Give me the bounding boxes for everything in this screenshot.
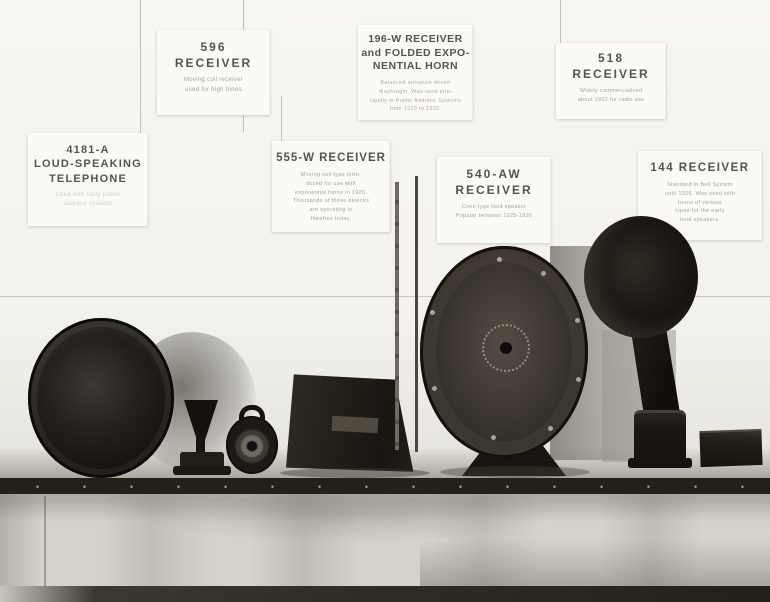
- horn-cabinet-shadow: [280, 468, 430, 478]
- rivet-dot: [575, 318, 580, 323]
- rivet-dot: [576, 377, 581, 382]
- card-caption: Used with early public address systems: [28, 191, 148, 210]
- card-caption: Widely commercialized about 1922 for rad…: [556, 87, 666, 105]
- hanging-wire: [560, 0, 561, 44]
- card-caption: Balanced armature driven diaphragm. Was …: [358, 79, 473, 114]
- card-title: 518 RECEIVER: [556, 51, 666, 82]
- horn-speaker-bell: [584, 216, 698, 338]
- card-caption: Cone type loud speaker Popular between 1…: [437, 203, 551, 221]
- round-receiver-unit: [226, 416, 278, 474]
- speaker-hub: [500, 342, 512, 354]
- rivet-dot: [491, 435, 496, 440]
- small-receiver-box: [699, 429, 762, 467]
- hanging-wire: [281, 96, 282, 142]
- rivet-dot: [497, 257, 502, 262]
- trumpet-horn-foot: [173, 466, 231, 475]
- museum-display-photograph: 596 RECEIVER Moving coil receiver used f…: [0, 0, 770, 602]
- rivet-dot: [548, 426, 553, 431]
- floor-shadow-strip: [0, 586, 770, 602]
- display-rod: [415, 176, 418, 452]
- rivet-dot: [432, 386, 437, 391]
- table-front-edge-band: [0, 478, 770, 494]
- card-title: 555-W RECEIVER: [272, 151, 390, 166]
- cloth-shadow: [420, 540, 770, 588]
- hanging-wire: [140, 0, 141, 140]
- rivet-dot: [541, 271, 546, 276]
- card-title: 196-W RECEIVER and FOLDED EXPO- NENTIAL …: [358, 33, 473, 74]
- card-596-receiver: 596 RECEIVER Moving coil receiver used f…: [157, 30, 270, 115]
- card-555w-receiver: 555-W RECEIVER Moving coil type intro- d…: [272, 141, 390, 232]
- large-cone-loudspeaker: [28, 318, 174, 478]
- card-196w-receiver: 196-W RECEIVER and FOLDED EXPO- NENTIAL …: [358, 25, 473, 120]
- display-rod: [395, 182, 399, 450]
- card-title: 540-AW RECEIVER: [437, 167, 551, 198]
- ornate-speaker-stand-shadow: [440, 466, 590, 478]
- ornate-cone-loudspeaker: [420, 246, 588, 458]
- card-540aw-receiver: 540-AW RECEIVER Cone type loud speaker P…: [437, 157, 551, 243]
- card-title: 4181-A LOUD-SPEAKING TELEPHONE: [28, 143, 148, 186]
- card-518-receiver: 518 RECEIVER Widely commercialized about…: [556, 43, 666, 119]
- card-caption: Moving coil type intro- duced for use wi…: [272, 171, 390, 224]
- card-title: 144 RECEIVER: [638, 161, 762, 176]
- rivet-dot: [430, 310, 435, 315]
- card-4181a-telephone: 4181-A LOUD-SPEAKING TELEPHONE Used with…: [28, 133, 148, 226]
- card-caption: Moving coil receiver used for high tones: [157, 76, 270, 95]
- card-title: 596 RECEIVER: [157, 40, 270, 71]
- speaker-center-rosette: [482, 324, 530, 372]
- horn-cabinet-label-plate: [332, 416, 379, 433]
- horn-speaker-foot: [628, 458, 692, 468]
